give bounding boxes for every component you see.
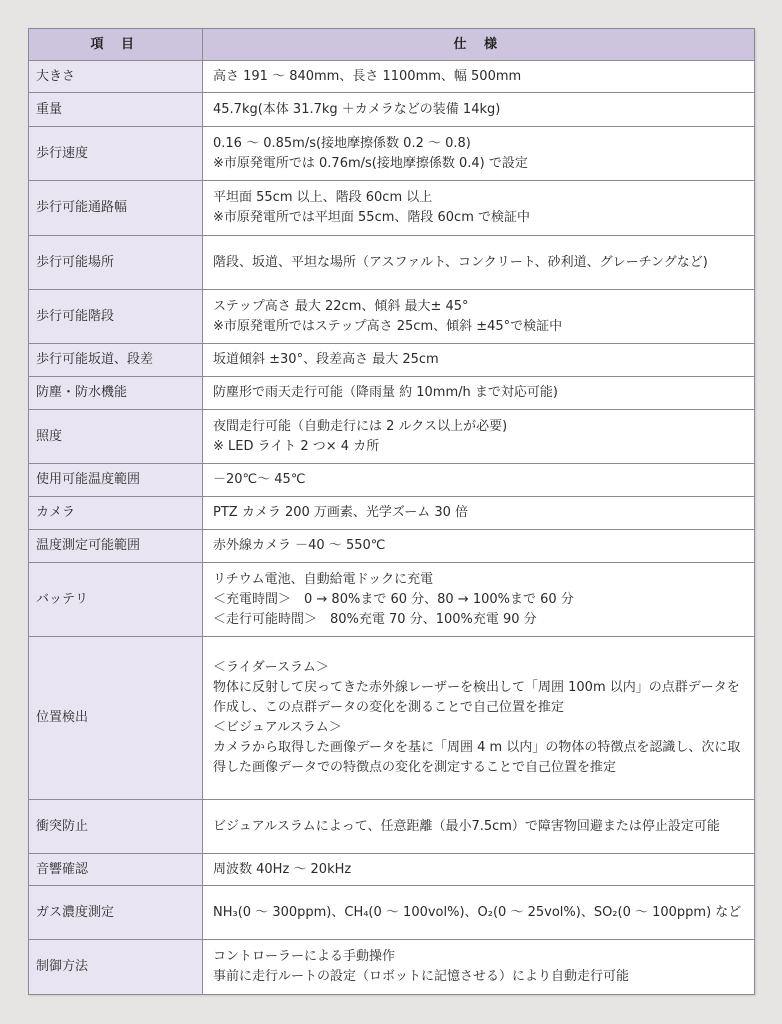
item-cell: 制御方法 xyxy=(29,940,203,995)
spec-line: コントローラーによる手動操作 xyxy=(213,947,748,967)
spec-cell: ステップ高さ 最大 22cm、傾斜 最大± 45°※市原発電所ではステップ高さ … xyxy=(203,290,755,344)
spec-cell: PTZ カメラ 200 万画素、光学ズーム 30 倍 xyxy=(203,497,755,530)
spec-cell: 周波数 40Hz ～ 20kHz xyxy=(203,854,755,886)
spec-line: ※市原発電所では平坦面 55cm、階段 60cm で検証中 xyxy=(213,208,748,228)
item-cell: 大きさ xyxy=(29,61,203,93)
item-cell: 歩行可能坂道、段差 xyxy=(29,344,203,377)
table-row: 歩行可能坂道、段差 坂道傾斜 ±30°、段差高さ 最大 25cm xyxy=(29,344,755,377)
spec-line: PTZ カメラ 200 万画素、光学ズーム 30 倍 xyxy=(213,503,748,523)
table-body: 大きさ 高さ 191 ～ 840mm、長さ 1100mm、幅 500mm 重量 … xyxy=(29,61,755,995)
table-row: 歩行可能階段 ステップ高さ 最大 22cm、傾斜 最大± 45°※市原発電所では… xyxy=(29,290,755,344)
spec-line: 事前に走行ルートの設定（ロボットに記憶させる）により自動走行可能 xyxy=(213,967,748,987)
spec-cell: 防塵形で雨天走行可能（降雨量 約 10mm/h まで対応可能) xyxy=(203,377,755,410)
item-cell: 重量 xyxy=(29,93,203,127)
table-row: 重量 45.7kg(本体 31.7kg ＋カメラなどの装備 14kg) xyxy=(29,93,755,127)
spec-line: 階段、坂道、平坦な場所（アスファルト、コンクリート、砂利道、グレーチングなど) xyxy=(213,253,748,273)
item-cell: カメラ xyxy=(29,497,203,530)
item-cell: ガス濃度測定 xyxy=(29,886,203,940)
table-row: 使用可能温度範囲 －20℃～ 45℃ xyxy=(29,464,755,497)
item-cell: 歩行可能階段 xyxy=(29,290,203,344)
spec-cell: 平坦面 55cm 以上、階段 60cm 以上※市原発電所では平坦面 55cm、階… xyxy=(203,181,755,236)
item-cell: 位置検出 xyxy=(29,637,203,800)
table-row: 温度測定可能範囲 赤外線カメラ －40 ～ 550℃ xyxy=(29,530,755,563)
header-item: 項 目 xyxy=(29,29,203,61)
item-cell: 歩行速度 xyxy=(29,127,203,181)
spec-cell: 0.16 ～ 0.85m/s(接地摩擦係数 0.2 ～ 0.8)※市原発電所では… xyxy=(203,127,755,181)
table-row: ガス濃度測定 NH₃(0 ～ 300ppm)、CH₄(0 ～ 100vol%)、… xyxy=(29,886,755,940)
spec-cell: －20℃～ 45℃ xyxy=(203,464,755,497)
spec-cell: 夜間走行可能（自動走行には 2 ルクス以上が必要)※ LED ライト 2 つ× … xyxy=(203,410,755,464)
spec-line: ＜充電時間＞ 0 → 80%まで 60 分、80 → 100%まで 60 分 xyxy=(213,590,748,610)
spec-line: 坂道傾斜 ±30°、段差高さ 最大 25cm xyxy=(213,350,748,370)
spec-cell: 高さ 191 ～ 840mm、長さ 1100mm、幅 500mm xyxy=(203,61,755,93)
spec-line: ※市原発電所では 0.76m/s(接地摩擦係数 0.4) で設定 xyxy=(213,154,748,174)
spec-cell: ビジュアルスラムによって、任意距離（最小7.5cm）で障害物回避または停止設定可… xyxy=(203,800,755,854)
spec-line: 0.16 ～ 0.85m/s(接地摩擦係数 0.2 ～ 0.8) xyxy=(213,134,748,154)
table-row: 大きさ 高さ 191 ～ 840mm、長さ 1100mm、幅 500mm xyxy=(29,61,755,93)
spec-cell: 45.7kg(本体 31.7kg ＋カメラなどの装備 14kg) xyxy=(203,93,755,127)
spec-line: 防塵形で雨天走行可能（降雨量 約 10mm/h まで対応可能) xyxy=(213,383,748,403)
table-row: 制御方法 コントローラーによる手動操作事前に走行ルートの設定（ロボットに記憶させ… xyxy=(29,940,755,995)
item-cell: 歩行可能通路幅 xyxy=(29,181,203,236)
table-row: 歩行可能場所 階段、坂道、平坦な場所（アスファルト、コンクリート、砂利道、グレー… xyxy=(29,236,755,290)
item-cell: 音響確認 xyxy=(29,854,203,886)
spec-line: ※市原発電所ではステップ高さ 25cm、傾斜 ±45°で検証中 xyxy=(213,317,748,337)
spec-line: ＜ライダースラム＞ xyxy=(213,658,748,678)
spec-line: ＜ビジュアルスラム＞ xyxy=(213,718,748,738)
spec-line: 45.7kg(本体 31.7kg ＋カメラなどの装備 14kg) xyxy=(213,100,748,120)
table-row: カメラ PTZ カメラ 200 万画素、光学ズーム 30 倍 xyxy=(29,497,755,530)
spec-line: ※ LED ライト 2 つ× 4 カ所 xyxy=(213,437,748,457)
item-cell: 防塵・防水機能 xyxy=(29,377,203,410)
item-cell: 衝突防止 xyxy=(29,800,203,854)
spec-line: NH₃(0 ～ 300ppm)、CH₄(0 ～ 100vol%)、O₂(0 ～ … xyxy=(213,903,748,923)
spec-table: 項 目 仕 様 大きさ 高さ 191 ～ 840mm、長さ 1100mm、幅 5… xyxy=(28,28,755,995)
spec-cell: 階段、坂道、平坦な場所（アスファルト、コンクリート、砂利道、グレーチングなど) xyxy=(203,236,755,290)
spec-line: 夜間走行可能（自動走行には 2 ルクス以上が必要) xyxy=(213,417,748,437)
table-row: 照度 夜間走行可能（自動走行には 2 ルクス以上が必要)※ LED ライト 2 … xyxy=(29,410,755,464)
spec-line: －20℃～ 45℃ xyxy=(213,470,748,490)
table-row: 歩行可能通路幅 平坦面 55cm 以上、階段 60cm 以上※市原発電所では平坦… xyxy=(29,181,755,236)
spec-cell: 坂道傾斜 ±30°、段差高さ 最大 25cm xyxy=(203,344,755,377)
table-row: 位置検出 ＜ライダースラム＞物体に反射して戻ってきた赤外線レーザーを検出して「周… xyxy=(29,637,755,800)
spec-cell: コントローラーによる手動操作事前に走行ルートの設定（ロボットに記憶させる）により… xyxy=(203,940,755,995)
spec-cell: 赤外線カメラ －40 ～ 550℃ xyxy=(203,530,755,563)
item-cell: バッテリ xyxy=(29,563,203,637)
spec-line: ステップ高さ 最大 22cm、傾斜 最大± 45° xyxy=(213,297,748,317)
item-cell: 使用可能温度範囲 xyxy=(29,464,203,497)
header-row: 項 目 仕 様 xyxy=(29,29,755,61)
spec-line: カメラから取得した画像データを基に「周囲 4 m 以内」の物体の特徴点を認識し、… xyxy=(213,738,748,778)
header-spec: 仕 様 xyxy=(203,29,755,61)
spec-line: リチウム電池、自動給電ドックに充電 xyxy=(213,570,748,590)
spec-cell: ＜ライダースラム＞物体に反射して戻ってきた赤外線レーザーを検出して「周囲 100… xyxy=(203,637,755,800)
table-row: 防塵・防水機能 防塵形で雨天走行可能（降雨量 約 10mm/h まで対応可能) xyxy=(29,377,755,410)
spec-cell: リチウム電池、自動給電ドックに充電＜充電時間＞ 0 → 80%まで 60 分、8… xyxy=(203,563,755,637)
item-cell: 温度測定可能範囲 xyxy=(29,530,203,563)
spec-line: 平坦面 55cm 以上、階段 60cm 以上 xyxy=(213,188,748,208)
table-row: バッテリ リチウム電池、自動給電ドックに充電＜充電時間＞ 0 → 80%まで 6… xyxy=(29,563,755,637)
spec-line: 周波数 40Hz ～ 20kHz xyxy=(213,860,748,880)
spec-line: 高さ 191 ～ 840mm、長さ 1100mm、幅 500mm xyxy=(213,67,748,87)
table-row: 歩行速度 0.16 ～ 0.85m/s(接地摩擦係数 0.2 ～ 0.8)※市原… xyxy=(29,127,755,181)
spec-line: ＜走行可能時間＞ 80%充電 70 分、100%充電 90 分 xyxy=(213,610,748,630)
table-row: 音響確認 周波数 40Hz ～ 20kHz xyxy=(29,854,755,886)
spec-line: 物体に反射して戻ってきた赤外線レーザーを検出して「周囲 100m 以内」の点群デ… xyxy=(213,678,748,718)
item-cell: 照度 xyxy=(29,410,203,464)
spec-line: ビジュアルスラムによって、任意距離（最小7.5cm）で障害物回避または停止設定可… xyxy=(213,817,748,837)
item-cell: 歩行可能場所 xyxy=(29,236,203,290)
table-row: 衝突防止 ビジュアルスラムによって、任意距離（最小7.5cm）で障害物回避または… xyxy=(29,800,755,854)
spec-cell: NH₃(0 ～ 300ppm)、CH₄(0 ～ 100vol%)、O₂(0 ～ … xyxy=(203,886,755,940)
table-header: 項 目 仕 様 xyxy=(29,29,755,61)
spec-line: 赤外線カメラ －40 ～ 550℃ xyxy=(213,536,748,556)
